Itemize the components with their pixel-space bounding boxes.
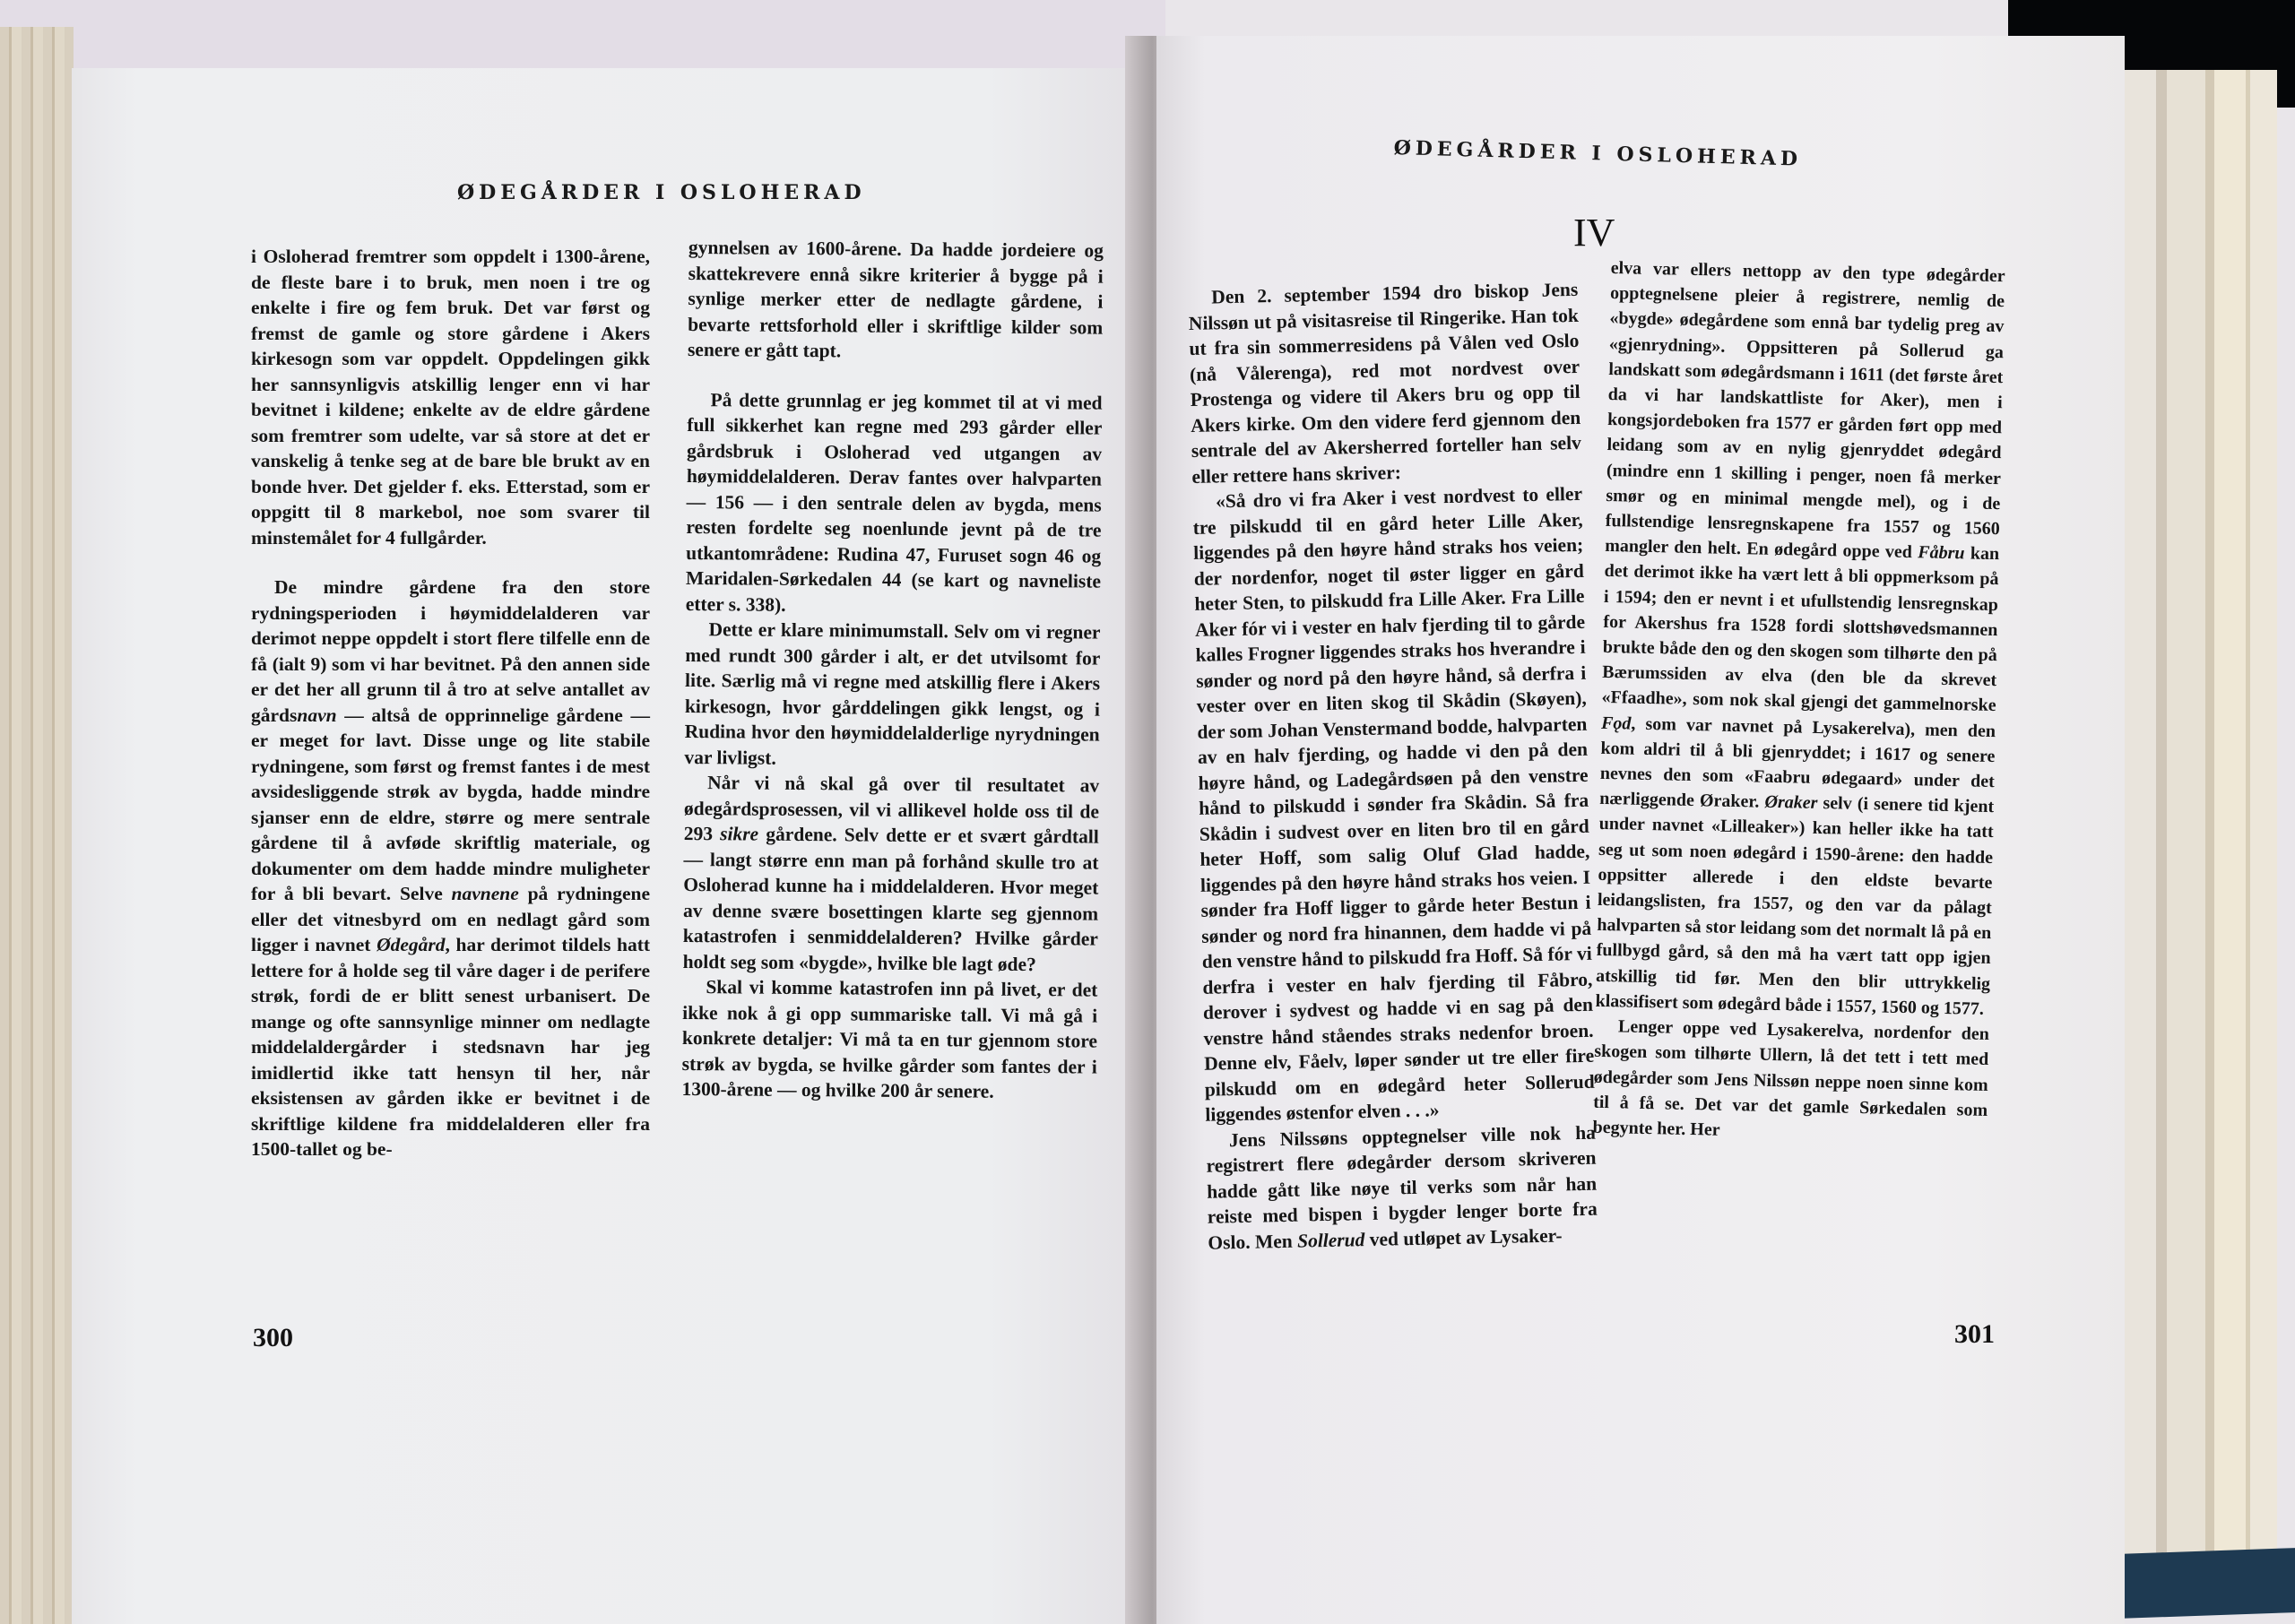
paragraph: i Osloherad fremtrer som oppdelt i 1300-… <box>251 244 650 550</box>
page-number-right: 301 <box>1954 1319 1995 1350</box>
right-page-column-1: Den 2. september 1594 dro biskop Jens Ni… <box>1188 277 1598 1256</box>
running-head-left: ØDEGÅRDER I OSLOHERAD <box>457 181 866 204</box>
paragraph: Jens Nilssøns opptegnelser ville nok ha … <box>1206 1119 1598 1256</box>
right-page-column-2: elva var ellers nettopp av den type ødeg… <box>1592 255 2005 1148</box>
background <box>0 0 1165 72</box>
paragraph: gynnelsen av 1600-årene. Da hadde jordei… <box>688 235 1104 366</box>
paragraph: Lenger oppe ved Lysakerelva, nordenfor d… <box>1592 1014 1989 1148</box>
paragraph: De mindre gårdene fra den store rydnings… <box>251 574 650 1162</box>
book-photo: ØDEGÅRDER I OSLOHERAD i Osloherad fremtr… <box>0 0 2295 1624</box>
paragraph: Dette er klare minimumstall. Selv om vi … <box>684 617 1100 773</box>
left-page-column-1: i Osloherad fremtrer som oppdelt i 1300-… <box>251 244 650 1162</box>
page-edges-left <box>0 27 74 1624</box>
paragraph: elva var ellers nettopp av den type ødeg… <box>1595 255 2005 1022</box>
left-page-column-2: gynnelsen av 1600-årene. Da hadde jordei… <box>681 235 1104 1105</box>
chapter-number: IV <box>1573 210 1615 255</box>
paragraph: På dette grunnlag er jeg kommet til at v… <box>686 386 1103 619</box>
quotation: «Så dro vi fra Aker i vest nordvest to e… <box>1192 481 1596 1127</box>
paragraph: Den 2. september 1594 dro biskop Jens Ni… <box>1188 277 1582 489</box>
paragraph: Når vi nå skal gå over til resultatet av… <box>683 770 1100 978</box>
page-number-left: 300 <box>253 1323 293 1353</box>
paragraph: Skal vi komme katastrofen inn på livet, … <box>681 974 1097 1105</box>
page-edges-right <box>2120 70 2277 1585</box>
